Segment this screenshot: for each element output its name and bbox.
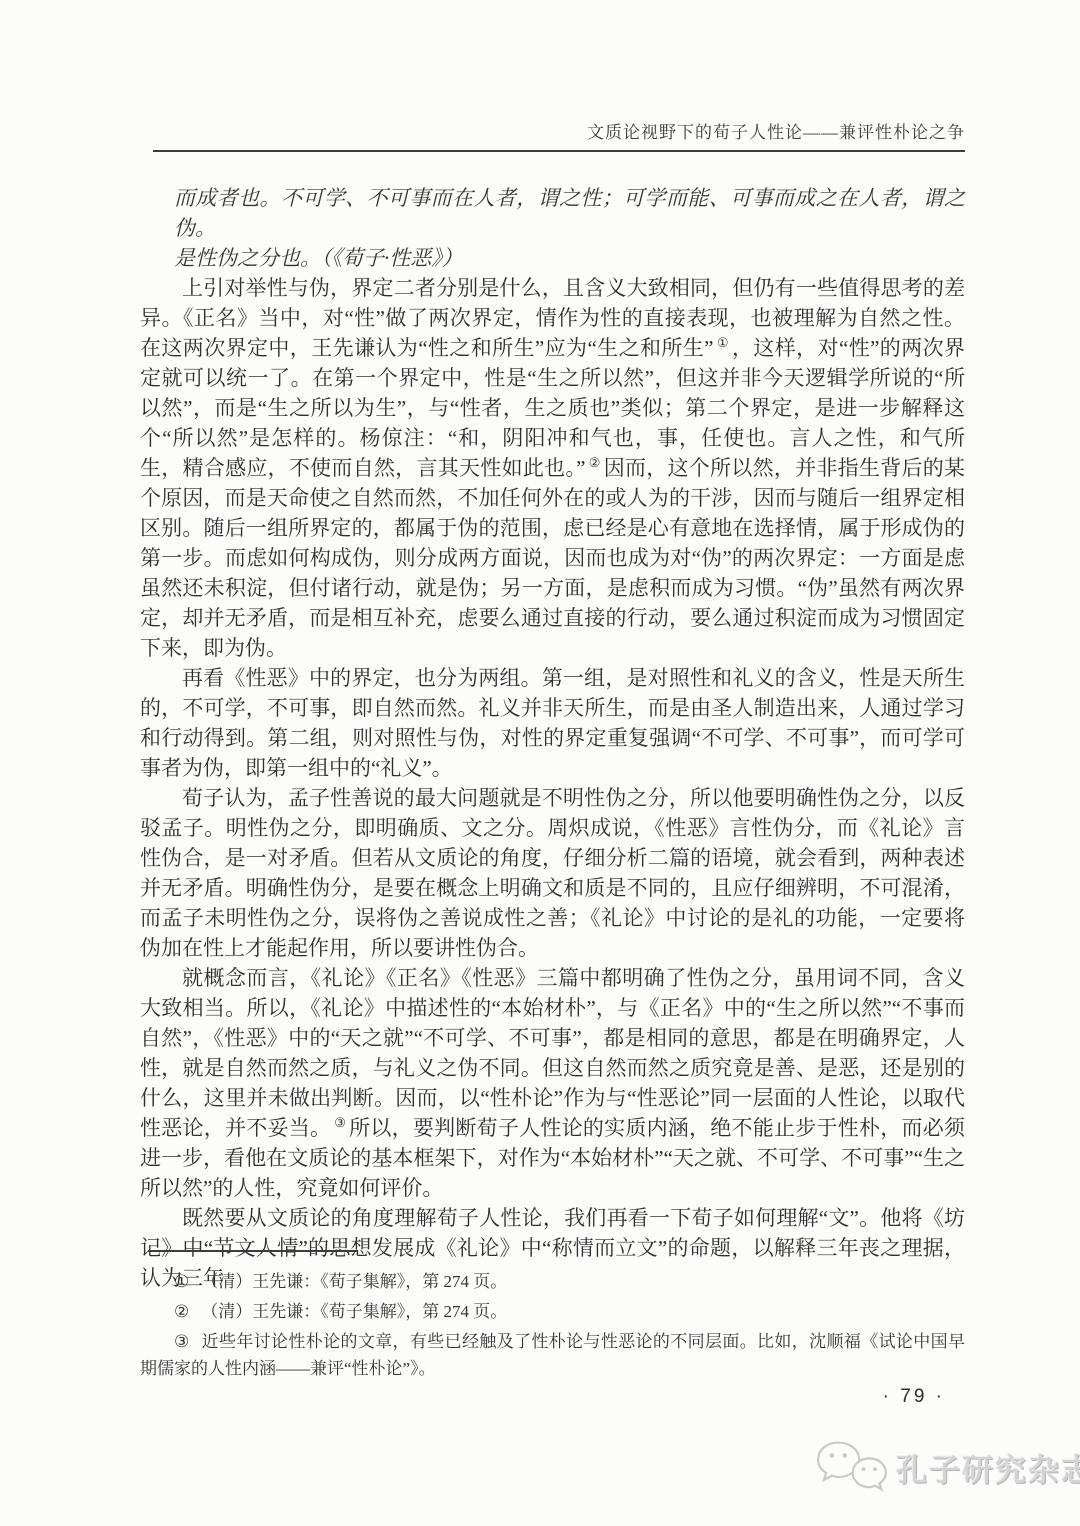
paragraph-text: 因而，这个所以然，并非指生背后的某个原因，而是天命使之自然而然，不加任何外在的或… (140, 456, 965, 660)
page-number: · 79 · (883, 1386, 945, 1408)
footnote-1: ①（清）王先谦：《荀子集解》，第 274 页。 (140, 1268, 965, 1295)
journal-watermark: 孔子研究杂志 (816, 1438, 1080, 1496)
footnote-text: （清）王先谦：《荀子集解》，第 274 页。 (201, 1302, 507, 1321)
paragraph: 再看《性恶》中的界定，也分为两组。第一组，是对照性和礼义的含义，性是天所生的，不… (140, 663, 965, 783)
paragraph-text: 就概念而言，《礼论》《正名》《性恶》三篇中都明确了性伪之分，虽用词不同，含义大致… (140, 966, 965, 1140)
journal-page: 文质论视野下的荀子人性论——兼评性朴论之争 而成者也。不可学、不可事而在人者，谓… (0, 0, 1080, 1526)
paragraph: 就概念而言，《礼论》《正名》《性恶》三篇中都明确了性伪之分，虽用词不同，含义大致… (140, 963, 965, 1203)
footnote-section: ①（清）王先谦：《荀子集解》，第 274 页。 ②（清）王先谦：《荀子集解》，第… (140, 1250, 965, 1385)
footnote-text: 近些年讨论性朴论的文章，有些已经触及了性朴论与性恶论的不同层面。比如，沈顺福《试… (140, 1332, 965, 1378)
footnote-3: ③近些年讨论性朴论的文章，有些已经触及了性朴论与性恶论的不同层面。比如，沈顺福《… (140, 1328, 965, 1382)
main-text: 而成者也。不可学、不可事而在人者，谓之性；可学而能、可事而成之在人者，谓之伪。 … (140, 183, 965, 1293)
footnote-ref-3: ③ (334, 1115, 346, 1130)
paragraph-text: 荀子认为，孟子性善说的最大问题就是不明性伪之分，所以他要明确性伪之分，以反驳孟子… (140, 786, 965, 960)
footnote-divider (148, 1250, 358, 1252)
paragraph: 上引对举性与伪，界定二者分别是什么，且含义大致相同，但仍有一些值得思考的差异。《… (140, 273, 965, 663)
page-header: 文质论视野下的荀子人性论——兼评性朴论之争 (153, 118, 965, 152)
footnote-marker: ① (174, 1272, 189, 1291)
footnote-ref-2: ② (588, 455, 600, 470)
watermark-text: 孔子研究杂志 (896, 1445, 1080, 1490)
quote-line: 是性伪之分也。（《荀子·性恶》） (174, 243, 965, 273)
footnote-ref-1: ① (717, 335, 729, 350)
paragraph-text: 再看《性恶》中的界定，也分为两组。第一组，是对照性和礼义的含义，性是天所生的，不… (140, 666, 965, 780)
paragraph: 荀子认为，孟子性善说的最大问题就是不明性伪之分，所以他要明确性伪之分，以反驳孟子… (140, 783, 965, 963)
chat-bubbles-icon (816, 1438, 888, 1496)
running-head: 文质论视野下的荀子人性论——兼评性朴论之争 (153, 118, 965, 143)
footnote-2: ②（清）王先谦：《荀子集解》，第 274 页。 (140, 1298, 965, 1325)
footnote-marker: ② (174, 1302, 189, 1321)
quote-block: 而成者也。不可学、不可事而在人者，谓之性；可学而能、可事而成之在人者，谓之伪。 … (174, 183, 965, 273)
quote-line: 而成者也。不可学、不可事而在人者，谓之性；可学而能、可事而成之在人者，谓之伪。 (174, 183, 965, 243)
footnote-text: （清）王先谦：《荀子集解》，第 274 页。 (201, 1272, 507, 1291)
footnote-marker: ③ (174, 1332, 190, 1351)
